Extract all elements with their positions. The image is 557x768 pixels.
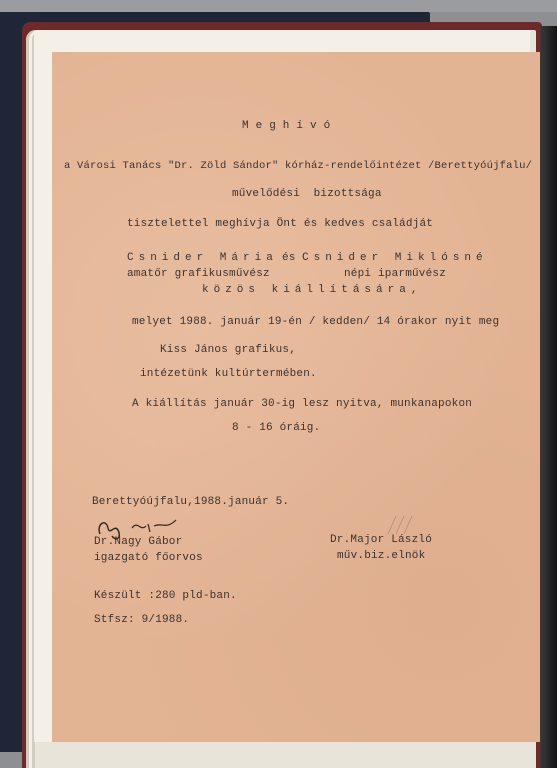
page-edge-shadow bbox=[540, 26, 557, 768]
artist-name-2: Csnider Miklósné bbox=[302, 252, 488, 264]
invitation-line-5: melyet 1988. január 19-én / kedden/ 14 ó… bbox=[132, 316, 499, 328]
invitation-line-1: a Városi Tanács "Dr. Zöld Sándor" kórház… bbox=[64, 160, 532, 172]
print-run: Készült :280 pld-ban. bbox=[94, 590, 237, 602]
artist-name-1: Csnider Mária bbox=[127, 252, 278, 264]
background-top bbox=[0, 0, 557, 12]
artist-role-2: népi iparművész bbox=[344, 268, 446, 280]
invitation-line-2: művelődési bizottsága bbox=[232, 188, 382, 200]
invitation-line-3: tisztelettel meghívja Önt és kedves csal… bbox=[127, 218, 433, 230]
invitation-line-7: intézetünk kultúrtermében. bbox=[140, 368, 317, 380]
signatory-2-title: műv.biz.elnök bbox=[337, 550, 425, 562]
document-title: M e g h í v ó bbox=[242, 120, 330, 132]
signatory-2-name: Dr.Major László bbox=[330, 534, 432, 546]
place-date: Berettyóújfalu,1988.január 5. bbox=[92, 496, 289, 508]
invitation-sheet: M e g h í v ó a Városi Tanács "Dr. Zöld … bbox=[52, 52, 540, 742]
conjunction: és bbox=[282, 252, 296, 264]
signatory-1-title: igazgató főorvos bbox=[94, 552, 203, 564]
reference-number: Stfsz: 9/1988. bbox=[94, 614, 189, 626]
artist-role-1: amatőr grafikusművész bbox=[127, 268, 270, 280]
invitation-line-9: 8 - 16 óráig. bbox=[232, 422, 320, 434]
invitation-line-4: közös kiállítására, bbox=[202, 284, 422, 296]
invitation-line-6: Kiss János grafikus, bbox=[160, 344, 296, 356]
signatory-1-name: Dr.Nagy Gábor bbox=[94, 536, 182, 548]
invitation-line-8: A kiállítás január 30-ig lesz nyitva, mu… bbox=[132, 398, 472, 410]
